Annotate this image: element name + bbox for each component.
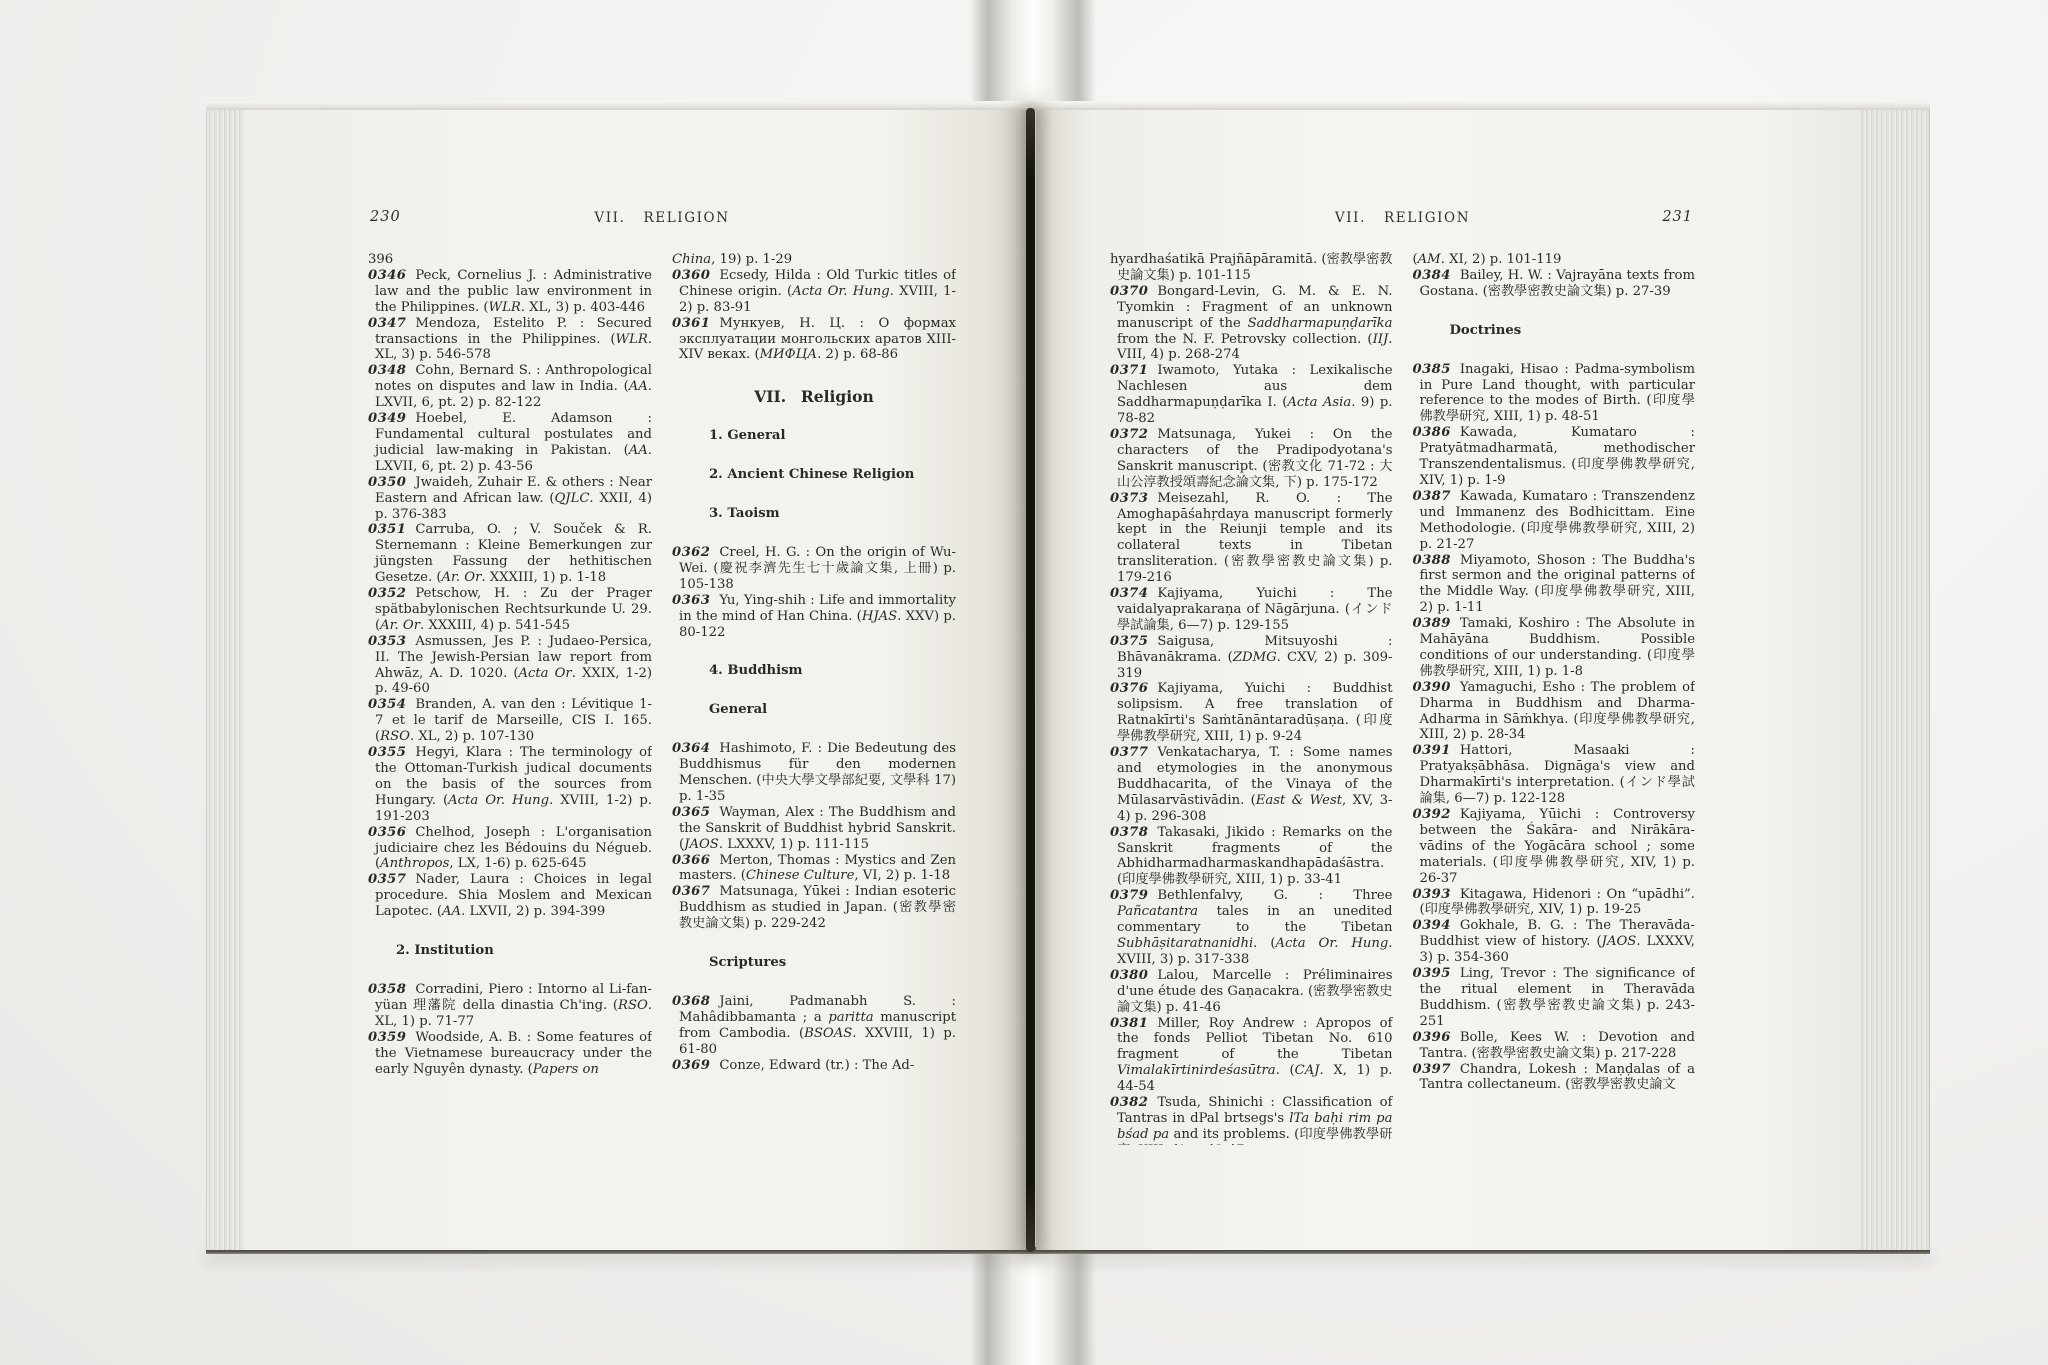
bib-entry: 0364Hashimoto, F. : Die Bedeutung des Bu… (672, 741, 956, 805)
italic-title: lTa baḥi rim pa bśad pa (1117, 1111, 1392, 1142)
entry-number: 0356 (368, 825, 406, 840)
bib-entry: 0376Kajiyama, Yuichi : Buddhist solipsis… (1110, 681, 1393, 745)
bib-entry: 0395Ling, Trevor : The significance of t… (1413, 966, 1696, 1030)
page-header: VII. RELIGION 231 (1110, 210, 1695, 232)
left-page-paper: 230 VII. RELIGION 3960346Peck, Cornelius… (244, 110, 1027, 1250)
entry-number: 0395 (1413, 966, 1451, 981)
bib-entry: 0363Yu, Ying-shih : Life and immortality… (672, 593, 956, 641)
entry-number: 0365 (672, 805, 710, 820)
entry-number: 0358 (368, 982, 406, 997)
italic-title: BSOAS (804, 1026, 852, 1041)
italic-title: AM (1418, 252, 1441, 267)
entry-number: 0396 (1413, 1030, 1451, 1045)
entry-number: 0370 (1110, 284, 1148, 299)
running-head: VII. RELIGION (1110, 210, 1695, 226)
page-stack-edge-left (206, 110, 245, 1250)
italic-title: Acta Asia (1287, 395, 1351, 410)
entry-number: 0366 (672, 853, 710, 868)
entry-number: 0379 (1110, 888, 1148, 903)
bib-entry: 0373Meisezahl, R. O. : The Amoghapāśahṛd… (1110, 491, 1393, 586)
italic-title: Ar. Or (442, 570, 482, 585)
italic-title: CAJ (1295, 1063, 1320, 1078)
entry-number: 0354 (368, 697, 406, 712)
bib-entry: 0389Tamaki, Koshiro : The Absolute in Ma… (1413, 616, 1696, 680)
bib-entry: 0346Peck, Cornelius J. : Administrative … (368, 268, 652, 316)
entry-number: 0371 (1110, 363, 1148, 378)
entry-number: 0346 (368, 268, 406, 283)
italic-title: paritta (828, 1010, 873, 1025)
bib-entry: 0352Petschow, H. : Zu der Prager spätbab… (368, 586, 652, 634)
chapter-heading: VII. Religion (672, 389, 956, 405)
bib-entry: 0386Kawada, Kumataro : Pratyātmadharmatā… (1413, 425, 1696, 489)
italic-title: HJAS (862, 609, 897, 624)
entry-number: 0361 (672, 316, 710, 331)
italic-title: East & West (1256, 793, 1342, 808)
entry-number: 0387 (1413, 489, 1451, 504)
bib-entry: 0353Asmussen, Jes P. : Judaeo-Persica, I… (368, 634, 652, 698)
italic-title: WLR (616, 332, 648, 347)
bib-entry: 0361Мункуев, Н. Ц. : О формах эксплуатац… (672, 316, 956, 364)
section-heading: 4. Buddhism (672, 663, 956, 679)
entry-number: 0393 (1413, 887, 1451, 902)
entry-number: 0382 (1110, 1095, 1148, 1110)
bib-entry: 0359Woodside, A. B. : Some features of t… (368, 1030, 652, 1078)
italic-title: Chinese Culture (746, 868, 855, 883)
bib-entry: 0390Yamaguchi, Esho : The problem of Dha… (1413, 680, 1696, 744)
entry-number: 0388 (1413, 553, 1451, 568)
bib-entry: 0370Bongard-Levin, G. M. & E. N. Tyomkin… (1110, 284, 1393, 364)
left-page: 230 VII. RELIGION 3960346Peck, Cornelius… (206, 110, 1027, 1250)
book-photo: 230 VII. RELIGION 3960346Peck, Cornelius… (0, 0, 2048, 1365)
bib-entry: 0381Miller, Roy Andrew : Apropos of the … (1110, 1016, 1393, 1096)
text-column: China, 19) p. 1-290360Ecsedy, Hilda : Ol… (672, 252, 956, 1145)
entry-number: 0362 (672, 545, 710, 560)
bib-entry: 0355Hegyi, Klara : The terminology of th… (368, 745, 652, 825)
bib-entry: 0392Kajiyama, Yūichi : Controversy betwe… (1413, 807, 1696, 887)
right-page: VII. RELIGION 231 hyardhaśatikā Prajñāpā… (1036, 110, 1930, 1250)
bib-entry: 0368Jaini, Padmanabh S. : Mahâdibbamanta… (672, 994, 956, 1058)
section-heading: 3. Taoism (672, 506, 956, 522)
entry-number: 0376 (1110, 681, 1148, 696)
section-heading: 1. General (672, 428, 956, 444)
bib-entry: 0362Creel, H. G. : On the origin of Wu-W… (672, 545, 956, 593)
italic-title: Ar. Or (380, 618, 420, 633)
bib-entry: 0366Merton, Thomas : Mystics and Zen mas… (672, 853, 956, 885)
continuation-line: 396 (368, 252, 652, 268)
entry-number: 0392 (1413, 807, 1451, 822)
continuation-line: China, 19) p. 1-29 (672, 252, 956, 268)
italic-title: Vimalakīrtinirdeśasūtra (1117, 1063, 1276, 1078)
bib-entry: 0356Chelhod, Joseph : L'organisation jud… (368, 825, 652, 873)
entry-number: 0363 (672, 593, 710, 608)
bib-entry: 0391Hattori, Masaaki : Pratyakṣābhāsa. D… (1413, 743, 1696, 807)
entry-number: 0391 (1413, 743, 1451, 758)
entry-number: 0369 (672, 1058, 710, 1073)
entry-number: 0381 (1110, 1016, 1148, 1031)
continuation-line: (AM. XI, 2) p. 101-119 (1413, 252, 1696, 268)
section-heading: Doctrines (1413, 323, 1696, 339)
bib-entry: 0350Jwaideh, Zuhair E. & others : Near E… (368, 475, 652, 523)
bib-entry: 0348Cohn, Bernard S. : Anthropological n… (368, 363, 652, 411)
bib-entry: 0354Branden, A. van den : Lévitique 1-7 … (368, 697, 652, 745)
italic-title: Acta Or. Hung (1275, 936, 1388, 951)
italic-title: AA (442, 904, 461, 919)
italic-title: QJLC (554, 491, 589, 506)
bib-entry: 0360Ecsedy, Hilda : Old Turkic titles of… (672, 268, 956, 316)
italic-title: Anthropos (380, 856, 449, 871)
italic-title: WLR (489, 300, 521, 315)
section-heading: General (672, 702, 956, 718)
bib-entry: 0358Corradini, Piero : Intorno al Li-fan… (368, 982, 652, 1030)
entry-number: 0367 (672, 884, 710, 899)
italic-title: China (672, 252, 711, 267)
spine-gap-top (970, 0, 1096, 112)
text-column: (AM. XI, 2) p. 101-1190384Bailey, H. W. … (1413, 252, 1696, 1145)
italic-title: AA (629, 379, 648, 394)
entry-number: 0347 (368, 316, 406, 331)
bib-entry: 0382Tsuda, Shinichi : Classification of … (1110, 1095, 1393, 1145)
entry-number: 0364 (672, 741, 710, 756)
entry-number: 0360 (672, 268, 710, 283)
text-column: 3960346Peck, Cornelius J. : Administrati… (368, 252, 652, 1145)
entry-number: 0350 (368, 475, 406, 490)
bib-entry: 0371Iwamoto, Yutaka : Lexikalische Nachl… (1110, 363, 1393, 427)
bib-entry: 0365Wayman, Alex : The Buddhism and the … (672, 805, 956, 853)
section-heading: 2. Ancient Chinese Religion (672, 467, 956, 483)
italic-title: Acta Or (518, 666, 571, 681)
entry-number: 0355 (368, 745, 406, 760)
entry-number: 0368 (672, 994, 710, 1009)
entry-number: 0357 (368, 872, 406, 887)
text-columns: hyardhaśatikā Prajñāpāramitā. (密教學密教史論文集… (1110, 252, 1695, 1145)
entry-number: 0374 (1110, 586, 1148, 601)
bib-entry: 0351Carruba, O. ; V. Souček & R. Sternem… (368, 522, 652, 586)
entry-number: 0348 (368, 363, 406, 378)
bib-entry: 0357Nader, Laura : Choices in legal proc… (368, 872, 652, 920)
bib-entry: 0369Conze, Edward (tr.) : The Ad- (672, 1058, 956, 1074)
entry-number: 0390 (1413, 680, 1451, 695)
italic-title: ZDMG (1233, 650, 1277, 665)
page-stack-edge-right (1859, 110, 1930, 1250)
entry-number: 0394 (1413, 918, 1451, 933)
entry-number: 0349 (368, 411, 406, 426)
italic-title: Saddharmapuṇḍarīka (1248, 316, 1393, 331)
bib-entry: 0396Bolle, Kees W. : Devotion and Tantra… (1413, 1030, 1696, 1062)
bib-entry: 0375Saigusa, Mitsuyoshi : Bhāvanākrama. … (1110, 634, 1393, 682)
italic-title: AA (629, 443, 648, 458)
bib-entry: 0385Inagaki, Hisao : Padma-symbolism in … (1413, 362, 1696, 426)
bib-entry: 0393Kitagawa, Hidenori : On “upādhi”. (印… (1413, 887, 1696, 919)
entry-number: 0351 (368, 522, 406, 537)
bib-entry: 0374Kajiyama, Yuichi : The vaidalyapraka… (1110, 586, 1393, 634)
entry-number: 0397 (1413, 1062, 1451, 1077)
italic-title: RSO (618, 998, 648, 1013)
bib-entry: 0349Hoebel, E. Adamson : Fundamental cul… (368, 411, 652, 475)
entry-number: 0384 (1413, 268, 1451, 283)
entry-number: 0380 (1110, 968, 1148, 983)
italic-title: RSO (380, 729, 410, 744)
page-header: 230 VII. RELIGION (368, 210, 956, 232)
bib-entry: 0372Matsunaga, Yukei : On the characters… (1110, 427, 1393, 491)
text-column: hyardhaśatikā Prajñāpāramitā. (密教學密教史論文集… (1110, 252, 1393, 1145)
bib-entry: 0394Gokhale, B. G. : The Theravāda-Buddh… (1413, 918, 1696, 966)
italic-title: Acta Or. Hung (448, 793, 549, 808)
bib-entry: 0384Bailey, H. W. : Vajrayāna texts from… (1413, 268, 1696, 300)
entry-number: 0373 (1110, 491, 1148, 506)
bib-entry: 0367Matsunaga, Yūkei : Indian esoteric B… (672, 884, 956, 932)
running-head: VII. RELIGION (368, 210, 956, 226)
entry-number: 0372 (1110, 427, 1148, 442)
continuation-line: hyardhaśatikā Prajñāpāramitā. (密教學密教史論文集… (1110, 252, 1393, 284)
bib-entry: 0380Lalou, Marcelle : Préliminaires d'un… (1110, 968, 1393, 1016)
italic-title: Subhāṣitaratnanidhi (1117, 936, 1253, 951)
entry-number: 0377 (1110, 745, 1148, 760)
entry-number: 0352 (368, 586, 406, 601)
entry-number: 0389 (1413, 616, 1451, 631)
entry-number: 0375 (1110, 634, 1148, 649)
italic-title: Pañcatantra (1117, 904, 1198, 919)
right-page-paper: VII. RELIGION 231 hyardhaśatikā Prajñāpā… (1036, 110, 1860, 1250)
italic-title: IIJ (1373, 332, 1389, 347)
entry-number: 0359 (368, 1030, 406, 1045)
bib-entry: 0377Venkatacharya, T. : Some names and e… (1110, 745, 1393, 825)
page-number: 231 (1662, 209, 1693, 225)
bib-entry: 0387Kawada, Kumataro : Transzendenz und … (1413, 489, 1696, 553)
text-columns: 3960346Peck, Cornelius J. : Administrati… (368, 252, 956, 1145)
spine-gap-bottom (970, 1250, 1096, 1365)
italic-title: JAOS (1602, 934, 1637, 949)
entry-number: 0386 (1413, 425, 1451, 440)
italic-title: Acta Or. Hung (792, 284, 889, 299)
section-heading: Scriptures (672, 955, 956, 971)
italic-title: МИФЦА (760, 347, 817, 362)
bib-entry: 0397Chandra, Lokesh : Maṇḍalas of a Tant… (1413, 1062, 1696, 1094)
entry-number: 0378 (1110, 825, 1148, 840)
bib-entry: 0347Mendoza, Estelito P. : Secured trans… (368, 316, 652, 364)
bib-entry: 0378Takasaki, Jikido : Remarks on the Sa… (1110, 825, 1393, 889)
bib-entry: 0388Miyamoto, Shoson : The Buddha's firs… (1413, 553, 1696, 617)
italic-title: JAOS (684, 837, 719, 852)
italic-title: Papers on (533, 1062, 599, 1077)
bib-entry: 0379Bethlenfalvy, G. : Three Pañcatantra… (1110, 888, 1393, 968)
section-heading: 2. Institution (368, 943, 652, 959)
book-gutter (1026, 108, 1035, 1252)
entry-number: 0385 (1413, 362, 1451, 377)
entry-number: 0353 (368, 634, 406, 649)
